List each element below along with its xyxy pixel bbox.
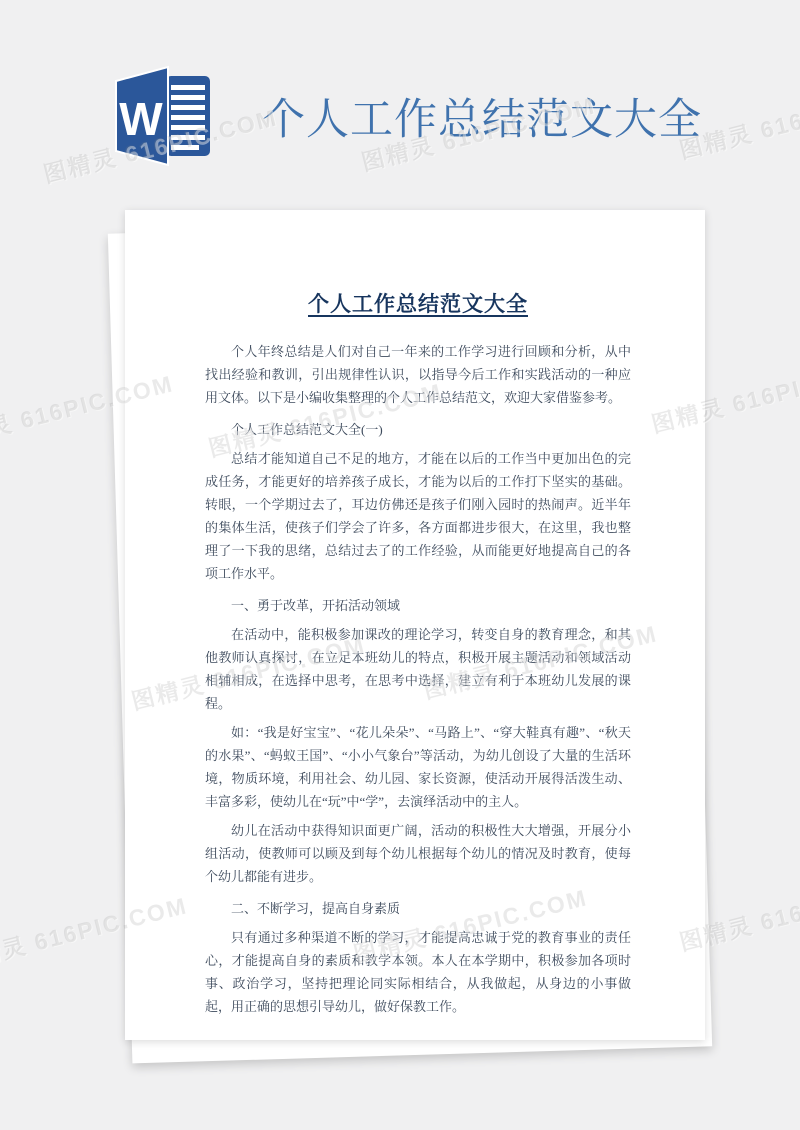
document-paragraph: 个人年终总结是人们对自己一年来的工作学习进行回顾和分析，从中找出经验和教训，引出…: [205, 340, 631, 409]
document-paragraph: 总结才能知道自己不足的地方，才能在以后的工作当中更加出色的完成任务，才能更好的培…: [205, 447, 631, 585]
document-paragraph: 幼儿在活动中获得知识面更广阔，活动的积极性大大增强，开展分小组活动，使教师可以顾…: [205, 819, 631, 888]
document-paragraph: 如：“我是好宝宝”、“花儿朵朵”、“马路上”、“穿大鞋真有趣”、“秋天的水果”、…: [205, 721, 631, 813]
page-title: 个人工作总结范文大全: [262, 86, 702, 147]
document-subheading: 一、勇于改革，开拓活动领域: [205, 594, 631, 617]
document-body: 个人年终总结是人们对自己一年来的工作学习进行回顾和分析，从中找出经验和教训，引出…: [205, 340, 631, 1018]
document-title: 个人工作总结范文大全: [205, 288, 631, 318]
document-subheading: 二、不断学习，提高自身素质: [205, 897, 631, 920]
document-subheading: 个人工作总结范文大全(一): [205, 418, 631, 441]
paper-sheet: 个人工作总结范文大全 个人年终总结是人们对自己一年来的工作学习进行回顾和分析，从…: [125, 210, 705, 1040]
word-icon: W: [110, 64, 216, 168]
document-paragraph: 只有通过多种渠道不断的学习，才能提高忠诚于党的教育事业的责任心，才能提高自身的素…: [205, 926, 631, 1018]
site-header: W 个人工作总结范文大全: [110, 64, 702, 168]
document-paragraph: 在活动中，能积极参加课改的理论学习，转变自身的教育理念，和其他教师认真探讨，在立…: [205, 623, 631, 715]
word-icon-letter: W: [119, 93, 163, 145]
page-background: W 个人工作总结范文大全 个人工作总结范文大全 个人年终总结是人们对自己一年来的…: [0, 0, 800, 1130]
